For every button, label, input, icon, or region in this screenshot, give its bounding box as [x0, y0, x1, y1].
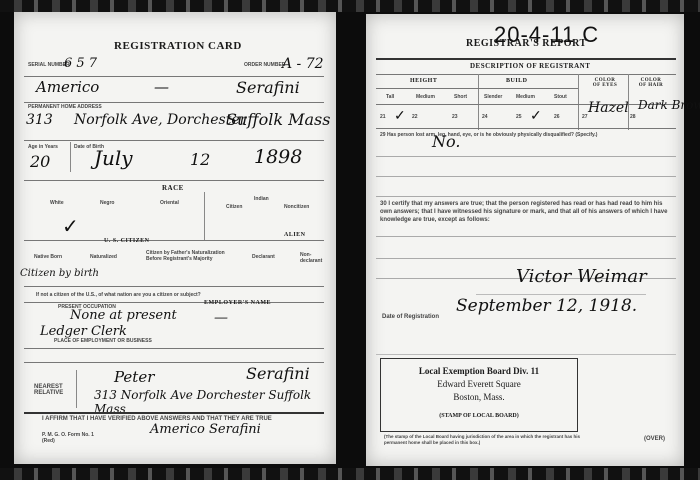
race-indian-label: Indian [254, 196, 269, 202]
stamp-line-3: Boston, Mass. [381, 391, 577, 404]
divider [24, 140, 324, 141]
naturalized-label: Naturalized [90, 254, 117, 260]
stamp-number: 20-4-11 C [494, 22, 599, 48]
stamp-line-1: Local Exemption Board Div. 11 [381, 365, 577, 378]
first-name: Americo [36, 78, 99, 96]
employer: — [214, 310, 228, 326]
native-born-label: Native Born [34, 254, 62, 260]
dob-year: 1898 [254, 146, 302, 168]
build-slender-label: Slender [484, 94, 502, 100]
description-label: DESCRIPTION OF REGISTRANT [470, 62, 590, 70]
height-medium-label: Medium [416, 94, 435, 100]
declarant-label: Declarant [252, 254, 275, 260]
race-oriental-label: Oriental [160, 200, 179, 206]
film-strip-bottom [0, 468, 700, 480]
dob-month: July [94, 146, 133, 170]
registrar-signature: Victor Weimar [516, 266, 647, 287]
address-street: Norfolk Ave, Dorchester [74, 112, 246, 128]
question-29-answer: No. [432, 132, 460, 151]
field-number: 28 [630, 114, 636, 120]
employment-place-label: PLACE OF EMPLOYMENT OR BUSINESS [54, 338, 152, 344]
field-number: 23 [452, 114, 458, 120]
registration-date: September 12, 1918. [456, 296, 637, 316]
last-name: Serafini [236, 78, 300, 97]
eye-color: Hazel [588, 100, 629, 116]
field-number: 26 [554, 114, 560, 120]
field-number: 25 [516, 114, 522, 120]
order-number: A - 72 [282, 56, 324, 72]
date-label: Date of Registration [382, 314, 439, 320]
form-label: P. M. G. O. Form No. 1 (Red) [42, 432, 94, 444]
age: 20 [30, 152, 50, 171]
hair-color: Dark Brown [638, 98, 700, 112]
stamp-note: (The stamp of the Local Board having jur… [384, 434, 584, 446]
non-declarant-label: Non-declarant [300, 252, 330, 264]
field-number: 24 [482, 114, 488, 120]
race-white-label: White [50, 200, 64, 206]
local-board-stamp: Local Exemption Board Div. 11 Edward Eve… [380, 358, 578, 432]
us-citizen-label: U. S. CITIZEN [104, 238, 150, 244]
nearest-relative-label: NEAREST RELATIVE [34, 384, 74, 396]
serial-number: 6 5 7 [64, 56, 97, 71]
field-number: 21 [380, 114, 386, 120]
dob-day: 12 [190, 150, 210, 169]
citizen-by-father-label: Citizen by Father's Naturalization Befor… [146, 250, 236, 262]
stamp-caption: (STAMP OF LOCAL BOARD) [381, 410, 577, 423]
not-citizen-label: If not a citizen of the U.S., of what na… [36, 292, 216, 298]
race-white-checkmark: ✓ [62, 214, 79, 238]
eyes-label: COLOR OF EYES [590, 78, 620, 88]
relative-first-name: Peter [114, 368, 154, 386]
card-title: REGISTRATION CARD [114, 40, 242, 52]
age-label: Age in Years [28, 144, 58, 150]
over-label: (OVER) [644, 436, 665, 442]
middle-name: — [154, 78, 169, 96]
race-noncitizen-label: Noncitizen [284, 204, 309, 210]
build-stout-label: Stout [554, 94, 567, 100]
stamp-line-2: Edward Everett Square [381, 378, 577, 391]
address-label: PERMANENT HOME ADDRESS [28, 104, 102, 110]
question-29: 29 Has person lost arm, leg, hand, eye, … [380, 132, 670, 138]
relative-last-name: Serafini [246, 364, 310, 383]
registrars-report-card: REGISTRAR'S REPORT 20-4-11 C DESCRIPTION… [366, 14, 684, 466]
height-short-label: Short [454, 94, 467, 100]
height-label: HEIGHT [410, 78, 437, 84]
address-county-state: Suffolk Mass [226, 110, 330, 129]
occupation: None at present [70, 308, 177, 323]
citizen-note: Citizen by birth [20, 268, 99, 279]
registrant-signature: Americo Serafini [150, 422, 261, 437]
film-strip-top [0, 0, 700, 12]
race-label: RACE [162, 184, 184, 192]
order-number-label: ORDER NUMBER [244, 62, 285, 68]
occupation-note: Ledger Clerk [40, 324, 127, 339]
employer-label: EMPLOYER'S NAME [204, 300, 271, 306]
field-number: 27 [582, 114, 588, 120]
alien-label: ALIEN [284, 232, 306, 238]
divider [24, 102, 324, 103]
hair-label: COLOR OF HAIR [636, 78, 666, 88]
divider [24, 76, 324, 77]
registration-card: REGISTRATION CARD SERIAL NUMBER 6 5 7 OR… [14, 12, 336, 464]
field-number: 22 [412, 114, 418, 120]
question-30: 30 I certify that my answers are true; t… [380, 200, 672, 224]
address-number: 313 [26, 112, 53, 128]
build-medium-checkmark: ✓ [530, 108, 542, 124]
height-tall-checkmark: ✓ [394, 108, 406, 124]
race-citizen-label: Citizen [226, 204, 242, 210]
build-medium-label: Medium [516, 94, 535, 100]
race-negro-label: Negro [100, 200, 114, 206]
height-tall-label: Tall [386, 94, 394, 100]
build-label: BUILD [506, 78, 528, 84]
